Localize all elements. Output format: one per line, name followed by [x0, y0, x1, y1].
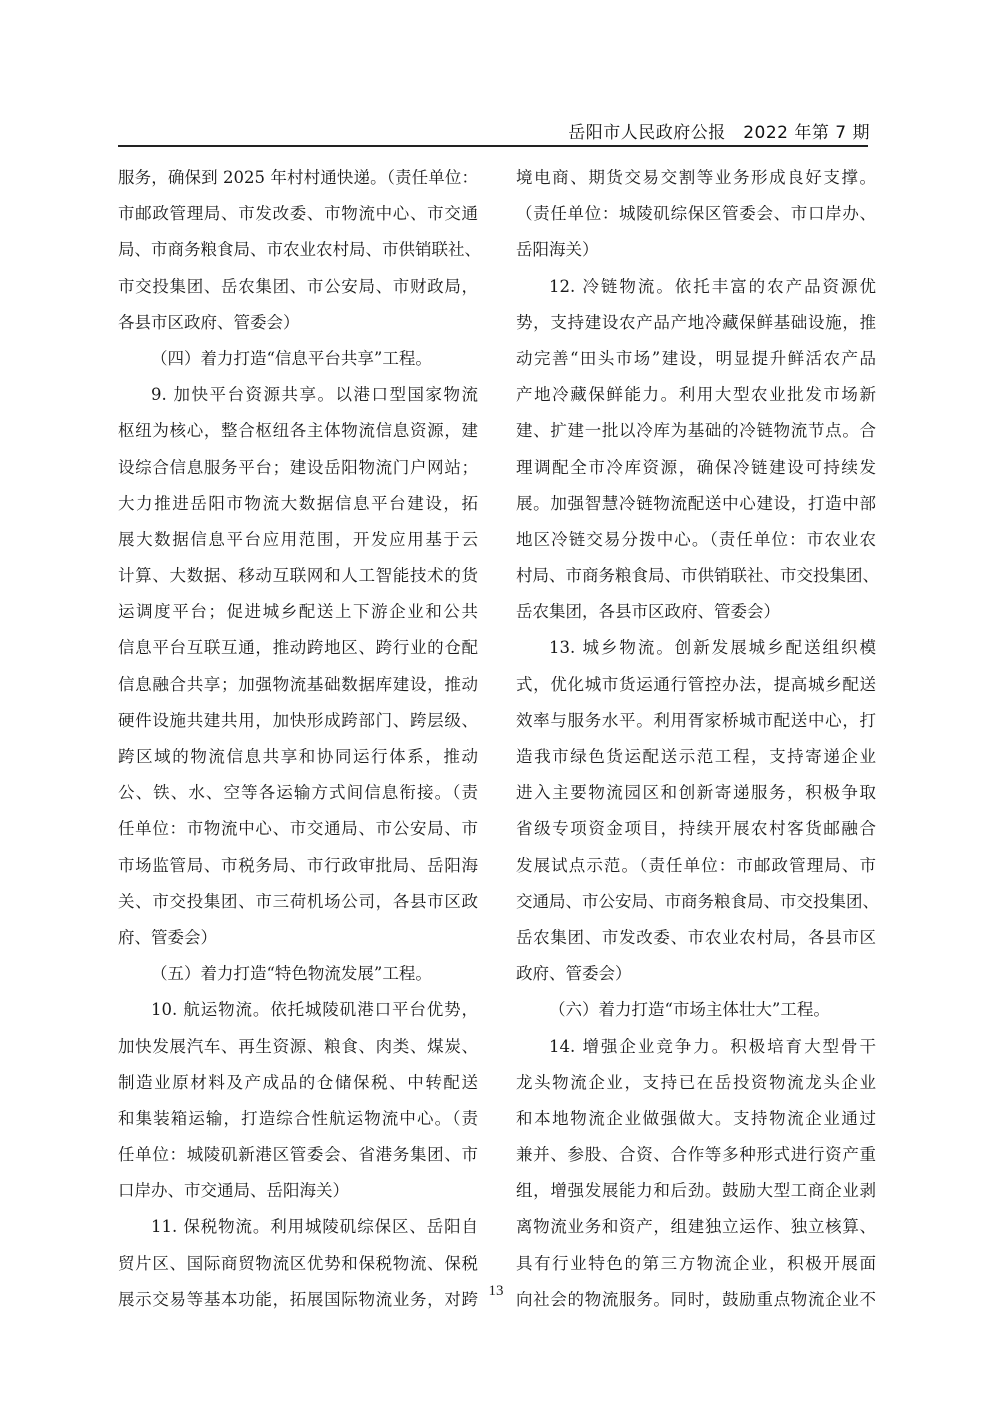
text-line: 制造业原材料及产成品的仓储保税、中转配送 [118, 1065, 478, 1101]
text-line: 关、市交投集团、市三荷机场公司，各县市区政 [118, 884, 478, 920]
text-line: 贸片区、国际商贸物流区优势和保税物流、保税 [118, 1246, 478, 1282]
text-line: 势，支持建设农产品产地冷藏保鲜基础设施，推 [516, 305, 876, 341]
text-line: 硬件设施共建共用，加快形成跨部门、跨层级、 [118, 703, 478, 739]
publication-title: 岳阳市人民政府公报 2022 年第 7 期 [560, 118, 870, 143]
text-line: 动完善“田头市场”建设，明显提升鲜活农产品 [516, 341, 876, 377]
text-line: 龙头物流企业，支持已在岳投资物流龙头企业 [516, 1065, 876, 1101]
text-line: 市交投集团、岳农集团、市公安局、市财政局， [118, 269, 478, 305]
section-heading: （六）着力打造“市场主体壮大”工程。 [516, 992, 876, 1028]
text-line: 运调度平台；促进城乡配送上下游企业和公共 [118, 594, 478, 630]
text-line: 交通局、市公安局、市商务粮食局、市交投集团、 [516, 884, 876, 920]
text-line: 建、扩建一批以冷库为基础的冷链物流节点。合 [516, 413, 876, 449]
text-line: 信息融合共享；加强物流基础数据库建设，推动 [118, 667, 478, 703]
text-line: 12. 冷链物流。依托丰富的农产品资源优 [516, 269, 876, 305]
text-line: 发展试点示范。（责任单位：市邮政管理局、市 [516, 848, 876, 884]
text-line: 离物流业务和资产，组建独立运作、独立核算、 [516, 1209, 876, 1245]
text-line: 村局、市商务粮食局、市供销联社、市交投集团、 [516, 558, 876, 594]
section-heading: （四）着力打造“信息平台共享”工程。 [118, 341, 478, 377]
text-line: 9. 加快平台资源共享。以港口型国家物流 [118, 377, 478, 413]
text-line: 省级专项资金项目，持续开展农村客货邮融合 [516, 811, 876, 847]
text-line: 展大数据信息平台应用范围，开发应用基于云 [118, 522, 478, 558]
text-line: 市场监管局、市税务局、市行政审批局、岳阳海 [118, 848, 478, 884]
text-line: 府、管委会） [118, 920, 478, 956]
text-line: 造我市绿色货运配送示范工程，支持寄递企业 [516, 739, 876, 775]
text-line: 式，优化城市货运通行管控办法，提高城乡配送 [516, 667, 876, 703]
text-line: 境电商、期货交易交割等业务形成良好支撑。 [516, 160, 876, 196]
text-line: 服务，确保到 2025 年村村通快递。（责任单位： [118, 160, 478, 196]
text-line: 13. 城乡物流。创新发展城乡配送组织模 [516, 630, 876, 666]
text-line: 任单位：城陵矶新港区管委会、省港务集团、市 [118, 1137, 478, 1173]
section-heading: （五）着力打造“特色物流发展”工程。 [118, 956, 478, 992]
text-line: 计算、大数据、移动互联网和人工智能技术的货 [118, 558, 478, 594]
text-line: 跨区域的物流信息共享和协同运行体系，推动 [118, 739, 478, 775]
text-line: 兼并、参股、合资、合作等多种形式进行资产重 [516, 1137, 876, 1173]
text-line: 11. 保税物流。利用城陵矶综保区、岳阳自 [118, 1209, 478, 1245]
text-line: 任单位：市物流中心、市交通局、市公安局、市 [118, 811, 478, 847]
left-text-column: 服务，确保到 2025 年村村通快递。（责任单位：市邮政管理局、市发改委、市物流… [118, 160, 478, 1318]
text-line: 和集装箱运输，打造综合性航运物流中心。（责 [118, 1101, 478, 1137]
text-line: 效率与服务水平。利用胥家桥城市配送中心，打 [516, 703, 876, 739]
text-line: 政府、管委会） [516, 956, 876, 992]
text-line: 产地冷藏保鲜能力。利用大型农业批发市场新 [516, 377, 876, 413]
text-line: 14. 增强企业竞争力。积极培育大型骨干 [516, 1029, 876, 1065]
text-line: 岳农集团，各县市区政府、管委会） [516, 594, 876, 630]
text-line: 具有行业特色的第三方物流企业，积极开展面 [516, 1246, 876, 1282]
text-line: 枢纽为核心，整合枢纽各主体物流信息资源，建 [118, 413, 478, 449]
text-line: 岳阳海关） [516, 232, 876, 268]
text-line: 口岸办、市交通局、岳阳海关） [118, 1173, 478, 1209]
text-line: 市邮政管理局、市发改委、市物流中心、市交通 [118, 196, 478, 232]
text-line: 加快发展汽车、再生资源、粮食、肉类、煤炭、 [118, 1029, 478, 1065]
text-line: （责任单位：城陵矶综保区管委会、市口岸办、 [516, 196, 876, 232]
text-line: 设综合信息服务平台；建设岳阳物流门户网站； [118, 450, 478, 486]
text-line: 局、市商务粮食局、市农业农村局、市供销联社、 [118, 232, 478, 268]
text-line: 展。加强智慧冷链物流配送中心建设，打造中部 [516, 486, 876, 522]
text-line: 和本地物流企业做强做大。支持物流企业通过 [516, 1101, 876, 1137]
text-line: 地区冷链交易分拨中心。（责任单位：市农业农 [516, 522, 876, 558]
text-line: 10. 航运物流。依托城陵矶港口平台优势， [118, 992, 478, 1028]
page-number: 13 [0, 1283, 992, 1300]
text-line: 公、铁、水、空等各运输方式间信息衔接。（责 [118, 775, 478, 811]
text-line: 岳农集团、市发改委、市农业农村局，各县市区 [516, 920, 876, 956]
header-divider [118, 145, 868, 147]
text-line: 各县市区政府、管委会） [118, 305, 478, 341]
text-line: 信息平台互联互通，推动跨地区、跨行业的仓配 [118, 630, 478, 666]
text-line: 理调配全市冷库资源，确保冷链建设可持续发 [516, 450, 876, 486]
text-line: 进入主要物流园区和创新寄递服务，积极争取 [516, 775, 876, 811]
right-text-column: 境电商、期货交易交割等业务形成良好支撑。（责任单位：城陵矶综保区管委会、市口岸办… [516, 160, 876, 1318]
text-line: 大力推进岳阳市物流大数据信息平台建设，拓 [118, 486, 478, 522]
text-line: 组，增强发展能力和后劲。鼓励大型工商企业剥 [516, 1173, 876, 1209]
